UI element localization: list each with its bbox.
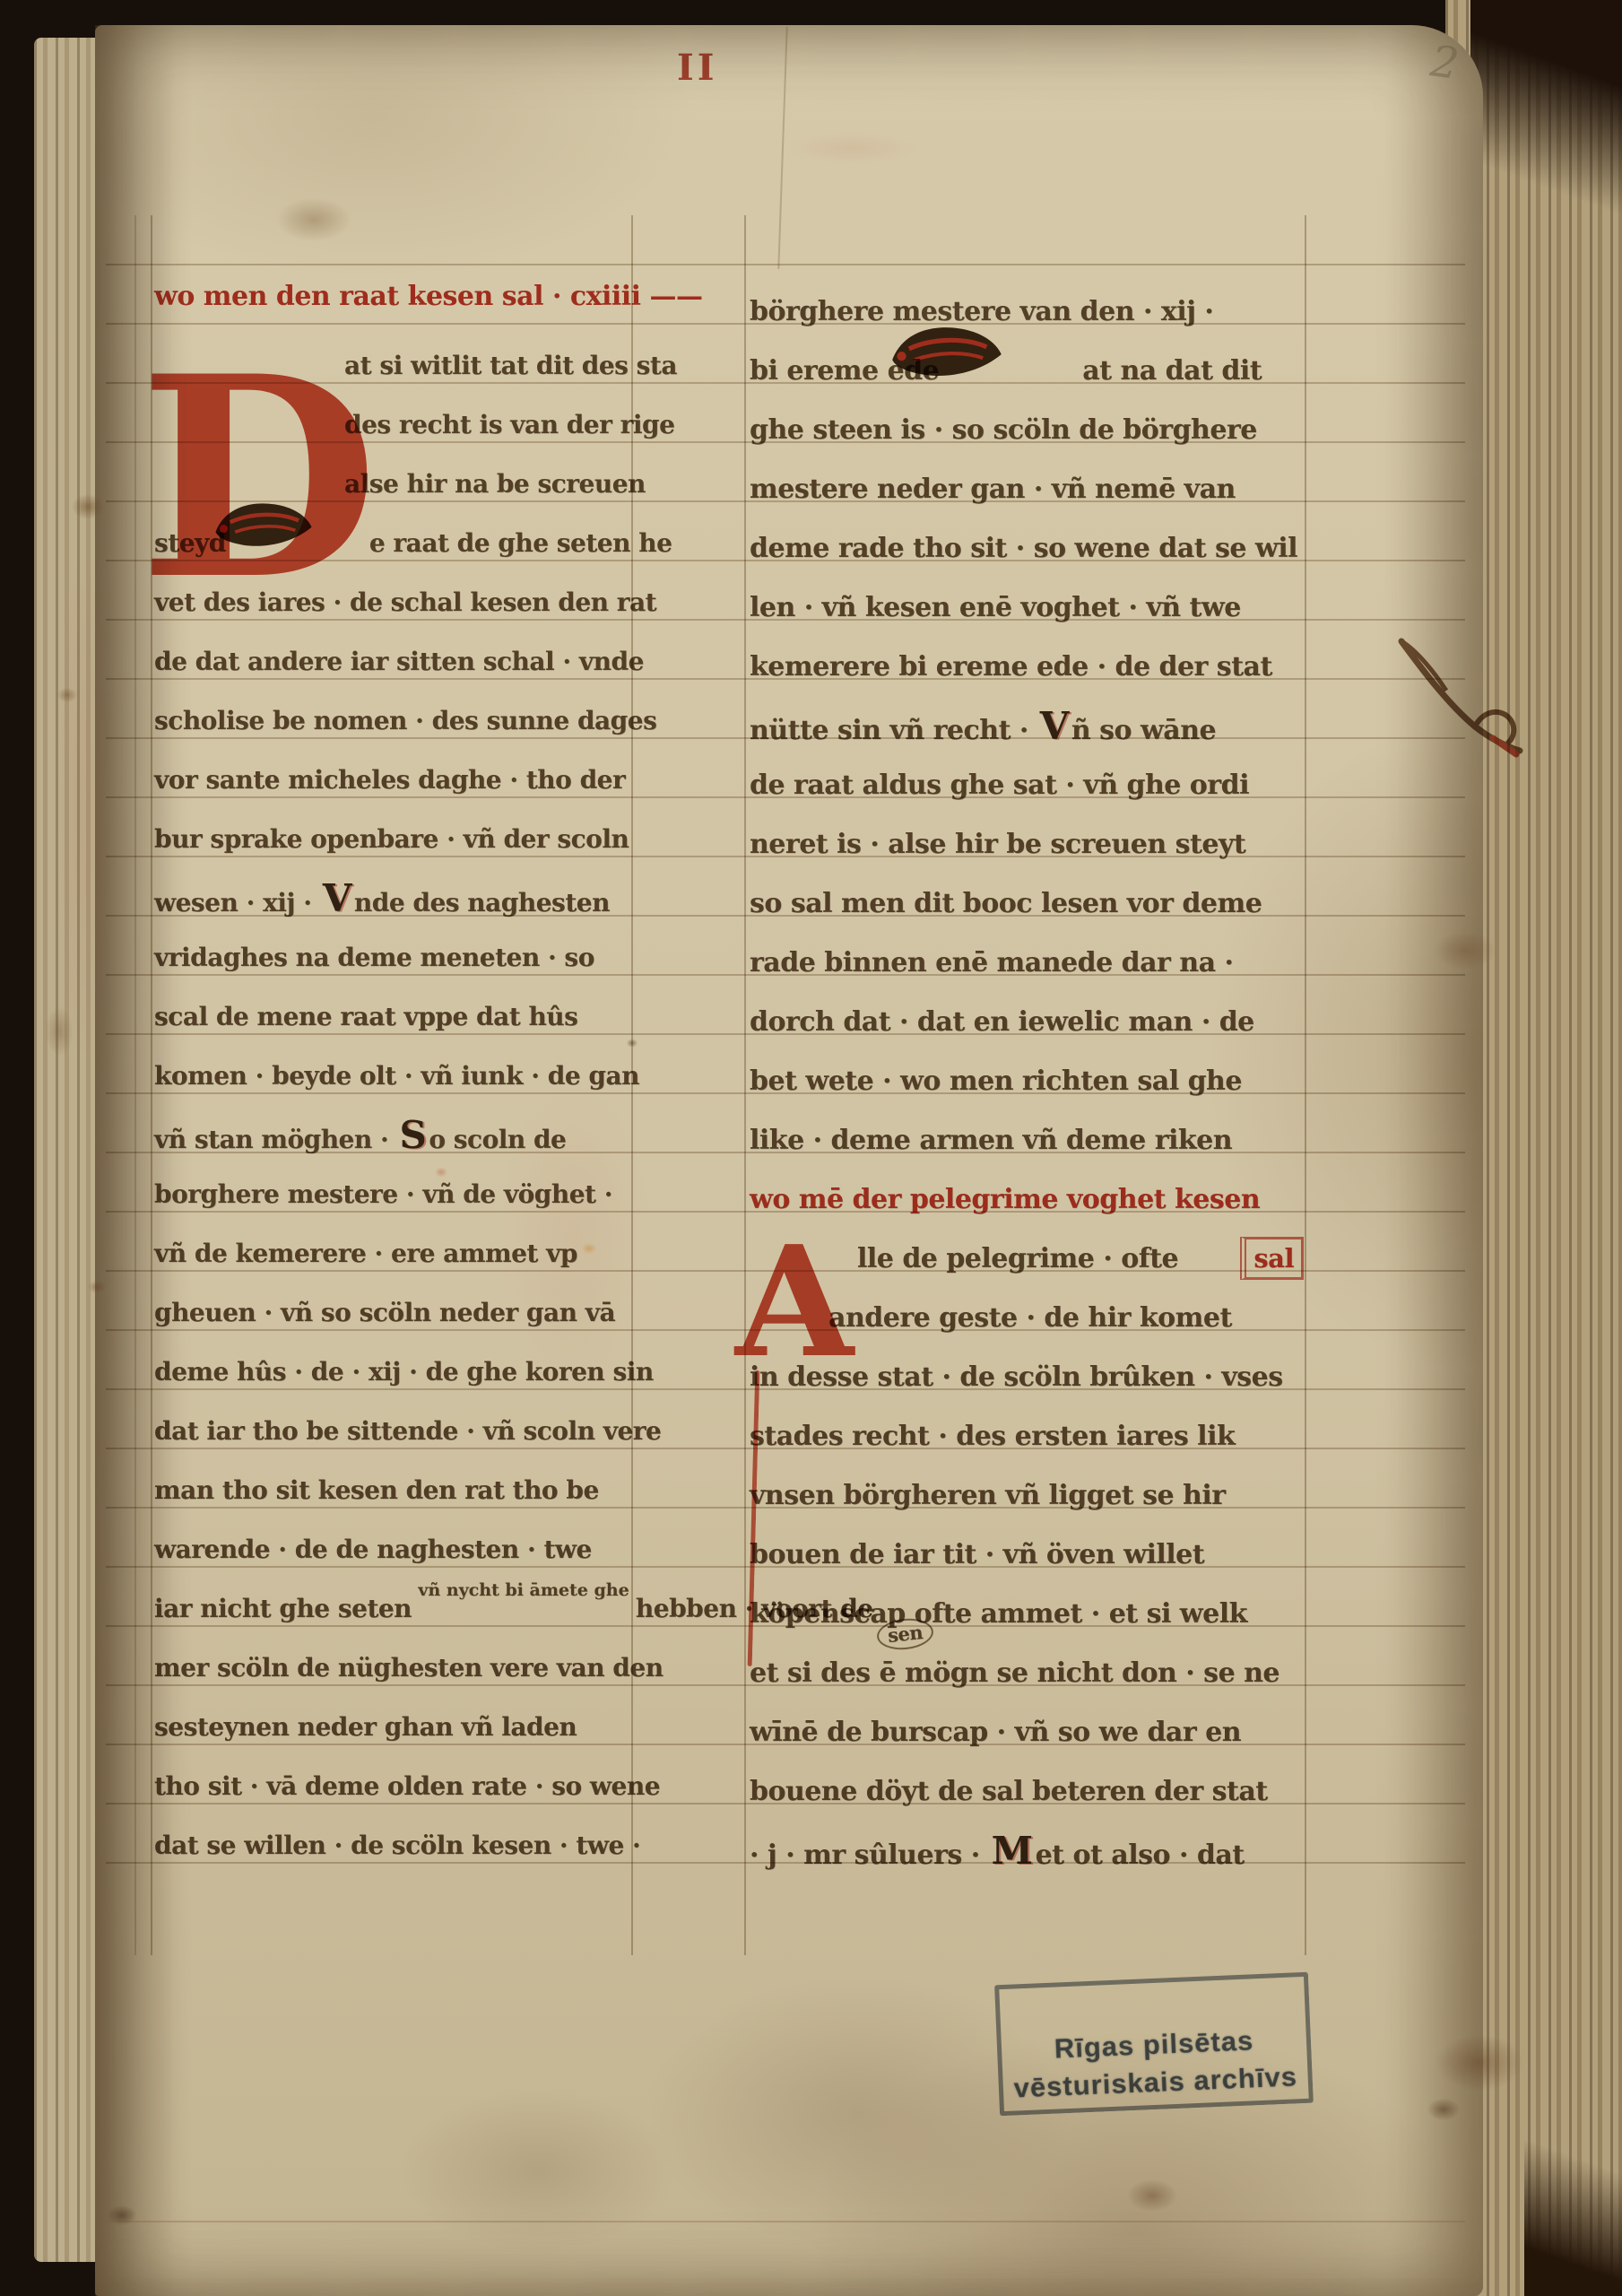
- cadel-span: V: [1037, 704, 1071, 748]
- text-line: dat se willen · de scöln kesen · twe ·: [154, 1816, 631, 1875]
- text-span: tho sit · vā deme olden rate · so wene: [154, 1771, 660, 1801]
- text-span: et si des ē mögn se nicht don · se ne: [750, 1657, 1279, 1689]
- ruling-line-vertical: [744, 215, 746, 1955]
- text-line: scal de mene raat vppe dat hûs: [154, 987, 631, 1047]
- text-line: tho sit · vā deme olden rate · so wene: [154, 1757, 631, 1816]
- manicule-icon: [1385, 623, 1529, 780]
- text-line: man tho sit kesen den rat tho be: [154, 1461, 631, 1520]
- text-line: des recht is van der rige: [154, 396, 631, 455]
- text-span: deme hûs · de · xij · de ghe koren sin: [154, 1357, 654, 1387]
- text-span: vet des iares · de schal kesen den rat: [154, 587, 656, 617]
- text-span: et ot also · dat: [1036, 1839, 1245, 1871]
- text-line: vet des iares · de schal kesen den rat: [154, 573, 631, 632]
- text-line: sesteynen neder ghan vñ laden: [154, 1698, 631, 1757]
- text-line: vñ stan möghen · So scoln de: [154, 1106, 631, 1165]
- text-span: vnsen börgheren vñ ligget se hir: [750, 1480, 1226, 1511]
- text-line: de raat aldus ghe sat · vñ ghe ordi: [750, 756, 1304, 815]
- text-line: so sal men dit booc lesen vor deme: [750, 874, 1304, 934]
- text-span: dat se willen · de scöln kesen · twe ·: [154, 1831, 640, 1860]
- text-line: de dat andere iar sitten schal · vnde: [154, 632, 631, 691]
- text-span: bur sprake openbare · vñ der scoln: [154, 824, 629, 854]
- text-span: neret is · alse hir be screuen steyt: [750, 829, 1245, 860]
- text-line: vor sante micheles daghe · tho der: [154, 751, 631, 810]
- text-line: · j · mr sûluers · Met ot also · dat: [750, 1822, 1304, 1881]
- right-text-column: börghere mestere van den · xij ·bi ereme…: [750, 283, 1304, 1881]
- text-line: deme rade tho sit · so wene dat se wil: [750, 519, 1304, 578]
- illuminated-initial-a: A: [735, 1231, 854, 1374]
- text-line: deme hûs · de · xij · de ghe koren sin: [154, 1343, 631, 1402]
- ruling-line-vertical: [1305, 215, 1306, 1955]
- text-span: at si witlit tat dit des sta: [344, 351, 677, 380]
- text-line: iar nicht ghe seten vñ nycht bi āmete gh…: [154, 1579, 631, 1639]
- text-line: dat iar tho be sittende · vñ scoln vere: [154, 1402, 631, 1461]
- text-span: dorch dat · dat en iewelic man · de: [750, 1006, 1254, 1038]
- text-span: like · deme armen vñ deme riken: [750, 1125, 1232, 1156]
- text-span: köpenscap ofte ammet · et si welk: [750, 1598, 1247, 1630]
- text-line: mestere neder gan · vñ nemē van: [750, 460, 1304, 519]
- text-line: bet wete · wo men richten sal ghe: [750, 1052, 1304, 1111]
- salbox-span: sal: [1240, 1237, 1304, 1280]
- text-span: andere geste · de hir komet: [828, 1302, 1232, 1334]
- text-span: · j · mr sûluers ·: [750, 1839, 989, 1871]
- quire-mark: II: [677, 47, 717, 89]
- text-span: iar nicht ghe seten: [154, 1594, 420, 1623]
- text-span: wīnē de burscap · vñ so we dar en: [750, 1717, 1241, 1748]
- text-span: bouen de iar tit · vñ öven willet: [750, 1539, 1204, 1570]
- text-span: deme rade tho sit · so wene dat se wil: [750, 533, 1297, 564]
- text-line: bouen de iar tit · vñ öven willet: [750, 1526, 1304, 1585]
- text-span: de dat andere iar sitten schal · vnde: [154, 647, 644, 676]
- text-span: kemerere bi ereme ede · de der stat: [750, 651, 1272, 683]
- text-span: mestere neder gan · vñ nemē van: [750, 474, 1236, 505]
- text-span: vor sante micheles daghe · tho der: [154, 765, 625, 795]
- text-line: bur sprake openbare · vñ der scoln: [154, 810, 631, 869]
- text-line: vnsen börgheren vñ ligget se hir: [750, 1466, 1304, 1526]
- text-line: borghere mestere · vñ de vöghet ·: [154, 1165, 631, 1224]
- text-span: bet wete · wo men richten sal ghe: [750, 1065, 1242, 1097]
- rubric-span: wo mē der pelegrime voghet kesen: [750, 1184, 1260, 1215]
- text-line: komen · beyde olt · vñ iunk · de gan: [154, 1047, 631, 1106]
- text-span: borghere mestere · vñ de vöghet ·: [154, 1179, 612, 1209]
- text-span: rade binnen enē manede dar na ·: [750, 947, 1233, 978]
- text-span: len · vñ kesen enē voghet · vñ twe: [750, 592, 1241, 623]
- text-line: vñ de kemerere · ere ammet vp: [154, 1224, 631, 1283]
- cadel-span: S: [396, 1113, 429, 1157]
- text-line: scholise be nomen · des sunne dages: [154, 691, 631, 751]
- text-span: alse hir na be screuen: [344, 469, 646, 499]
- text-span: vridaghes na deme meneten · so: [154, 943, 594, 972]
- text-line: gheuen · vñ so scöln neder gan vā: [154, 1283, 631, 1343]
- penwork-cadel-icon: [886, 321, 1008, 382]
- left-text-column: at si witlit tat dit des stades recht is…: [154, 336, 631, 1875]
- text-span: bouene döyt de sal beteren der stat: [750, 1776, 1268, 1807]
- text-line: bi ereme edeat na dat dit: [750, 342, 1304, 401]
- text-span: nütte sin vñ recht ·: [750, 715, 1037, 746]
- sup-span: vñ nycht bi āmete ghe: [418, 1561, 629, 1620]
- text-span: ghe steen is · so scöln de börghere: [750, 414, 1257, 446]
- manuscript-photo: II 2 wo men den raat kesen sal · cxiiii …: [0, 0, 1622, 2296]
- text-span: nde des naghesten: [354, 888, 610, 918]
- penwork-cadel-icon: [211, 493, 317, 556]
- cadel-span: V: [320, 876, 354, 920]
- text-line: neret is · alse hir be screuen steyt: [750, 815, 1304, 874]
- text-span: mer scöln de nüghesten vere van den: [154, 1653, 664, 1683]
- text-span: ñ so wāne: [1071, 715, 1216, 746]
- text-line: rade binnen enē manede dar na ·: [750, 934, 1304, 993]
- text-span: vñ stan möghen ·: [154, 1125, 396, 1154]
- binding-shadow-top: [1470, 0, 1622, 233]
- text-line: kemerere bi ereme ede · de der stat: [750, 638, 1304, 697]
- text-line: like · deme armen vñ deme riken: [750, 1111, 1304, 1170]
- cadel-span: M: [989, 1829, 1036, 1873]
- text-line: stades recht · des ersten iares lik: [750, 1407, 1304, 1466]
- text-span: komen · beyde olt · vñ iunk · de gan: [154, 1061, 639, 1091]
- text-span: vñ de kemerere · ere ammet vp: [154, 1239, 577, 1268]
- text-span: sesteynen neder ghan vñ laden: [154, 1712, 577, 1742]
- text-line: köpenscap ofte ammet · et si welk: [750, 1585, 1304, 1644]
- ruling-line-vertical: [134, 215, 136, 1955]
- text-span: e raat de ghe seten he: [369, 528, 672, 558]
- text-line: mer scöln de nüghesten vere van den: [154, 1639, 631, 1698]
- text-span: at na dat dit: [1082, 355, 1262, 387]
- text-line: et si des ē mögn se nicht don · se ne: [750, 1644, 1304, 1703]
- text-line: wīnē de burscap · vñ so we dar en: [750, 1703, 1304, 1762]
- ruling-line-bottom: [106, 2221, 1465, 2222]
- text-line: bouene döyt de sal beteren der stat: [750, 1762, 1304, 1822]
- text-span: scal de mene raat vppe dat hûs: [154, 1002, 577, 1031]
- text-span: so sal men dit booc lesen vor deme: [750, 888, 1262, 919]
- text-span: gheuen · vñ so scöln neder gan vā: [154, 1298, 615, 1327]
- text-span: de raat aldus ghe sat · vñ ghe ordi: [750, 770, 1249, 801]
- text-span: des recht is van der rige: [344, 410, 674, 439]
- text-line: börghere mestere van den · xij ·: [750, 283, 1304, 342]
- binding-shadow-bottom: [1524, 2135, 1622, 2296]
- archive-stamp: Rīgas pilsētas vēsturiskais archīvs: [994, 1972, 1314, 2117]
- text-span: wesen · xij ·: [154, 888, 320, 918]
- text-line: wesen · xij · Vnde des naghesten: [154, 869, 631, 928]
- text-line: len · vñ kesen enē voghet · vñ twe: [750, 578, 1304, 638]
- text-span: stades recht · des ersten iares lik: [750, 1421, 1235, 1452]
- text-line: vridaghes na deme meneten · so: [154, 928, 631, 987]
- text-span: scholise be nomen · des sunne dages: [154, 706, 656, 735]
- text-line: dorch dat · dat en iewelic man · de: [750, 993, 1304, 1052]
- text-line: ghe steen is · so scöln de börghere: [750, 401, 1304, 460]
- text-span: lle de pelegrime · ofte: [857, 1243, 1178, 1274]
- text-line: nütte sin vñ recht · Vñ so wāne: [750, 697, 1304, 756]
- text-line: at si witlit tat dit des sta: [154, 336, 631, 396]
- text-span: dat iar tho be sittende · vñ scoln vere: [154, 1416, 661, 1446]
- text-span: o scoln de: [429, 1125, 566, 1154]
- text-span: man tho sit kesen den rat tho be: [154, 1475, 599, 1505]
